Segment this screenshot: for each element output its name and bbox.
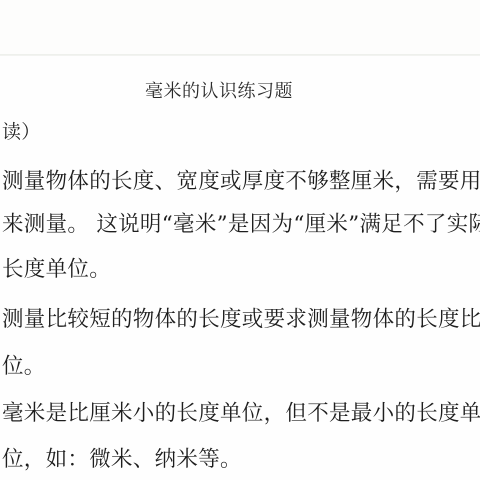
body-line-2: 来测量。 这说明“毫米”是因为“厘米”满足不了实际 <box>2 211 480 239</box>
document-page: 毫米的认识练习题 读） 测量物体的长度、宽度或厚度不够整厘米，需要用一个 来测量… <box>0 0 480 480</box>
body-line-6: 毫米是比厘米小的长度单位，但不是最小的长度单位， <box>2 400 480 428</box>
section-fragment: 读） <box>2 118 41 146</box>
body-line-1: 测量物体的长度、宽度或厚度不够整厘米，需要用一个 <box>2 168 480 196</box>
body-line-3: 长度单位。 <box>2 256 111 284</box>
body-line-4: 测量比较短的物体的长度或要求测量物体的长度比较精 <box>2 306 480 334</box>
page-top-margin <box>0 0 480 54</box>
header-divider <box>0 54 480 56</box>
document-title: 毫米的认识练习题 <box>145 80 293 104</box>
body-line-5: 位。 <box>2 353 46 381</box>
body-line-7: 位，如：微米、纳米等。 <box>2 446 242 474</box>
